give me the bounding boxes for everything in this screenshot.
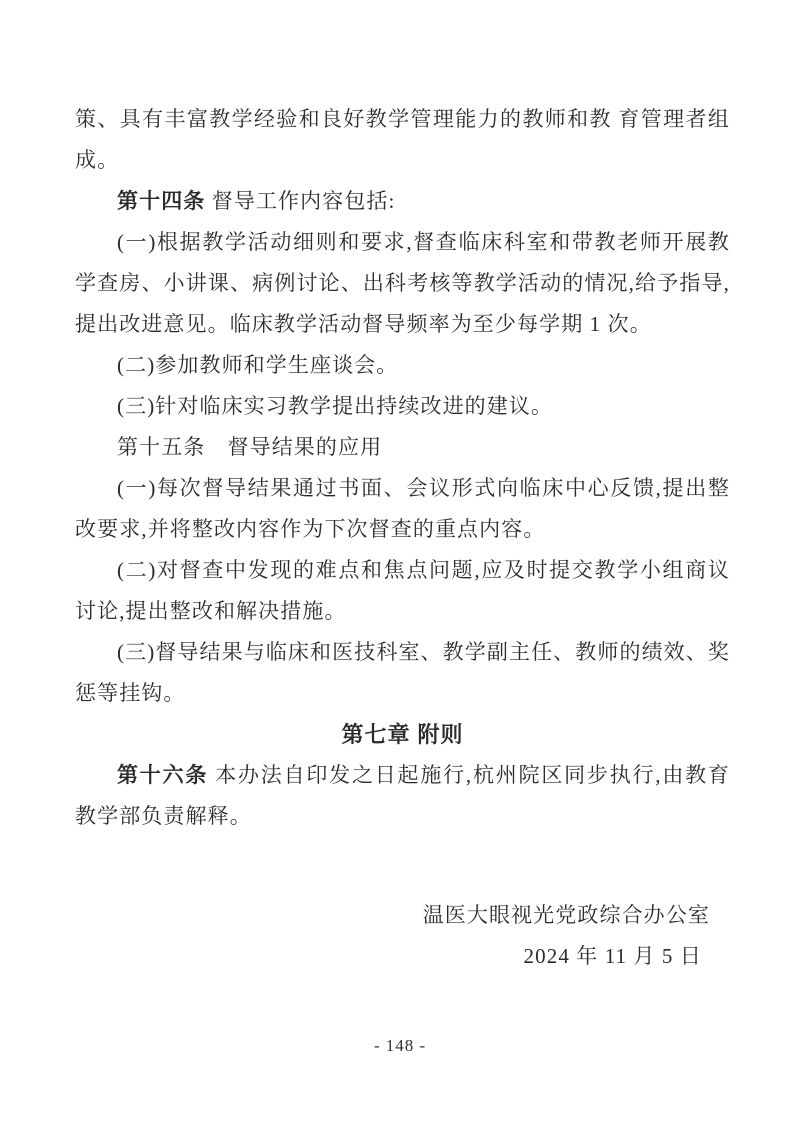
paragraph-item-1: (一)根据教学活动细则和要求,督查临床科室和带教老师开展教学查房、小讲课、病例讨… (75, 222, 730, 345)
paragraph-continuation: 策、具有丰富教学经验和良好教学管理能力的教师和教 育管理者组成。 (75, 99, 730, 181)
paragraph-item-3: (三)针对临床实习教学提出持续改进的建议。 (75, 386, 730, 427)
paragraph-article-14: 第十四条 督导工作内容包括: (75, 181, 730, 222)
paragraph-article-15: 第十五条 督导结果的应用 (75, 427, 730, 468)
article-14-text: 督导工作内容包括: (205, 189, 395, 213)
signature-date: 2024 年 11 月 5 日 (75, 936, 730, 977)
paragraph-item-3-results: (三)督导结果与临床和医技科室、教学副主任、教师的绩效、奖惩等挂钩。 (75, 632, 730, 714)
paragraph-item-1-results: (一)每次督导结果通过书面、会议形式向临床中心反馈,提出整改要求,并将整改内容作… (75, 468, 730, 550)
signature-office: 温医大眼视光党政综合办公室 (75, 895, 730, 936)
page-number: - 148 - (0, 1036, 800, 1056)
chapter-7-heading: 第七章 附则 (75, 714, 730, 755)
document-page: 策、具有丰富教学经验和良好教学管理能力的教师和教 育管理者组成。 第十四条 督导… (0, 0, 800, 1131)
signature-block: 温医大眼视光党政综合办公室 2024 年 11 月 5 日 (75, 895, 730, 977)
article-14-number: 第十四条 (117, 189, 205, 213)
paragraph-item-2: (二)参加教师和学生座谈会。 (75, 345, 730, 386)
article-16-number: 第十六条 (117, 763, 208, 787)
paragraph-item-2-results: (二)对督查中发现的难点和焦点问题,应及时提交教学小组商议讨论,提出整改和解决措… (75, 550, 730, 632)
document-content: 策、具有丰富教学经验和良好教学管理能力的教师和教 育管理者组成。 第十四条 督导… (75, 99, 730, 977)
paragraph-article-16: 第十六条 本办法自印发之日起施行,杭州院区同步执行,由教育教学部负责解释。 (75, 755, 730, 837)
